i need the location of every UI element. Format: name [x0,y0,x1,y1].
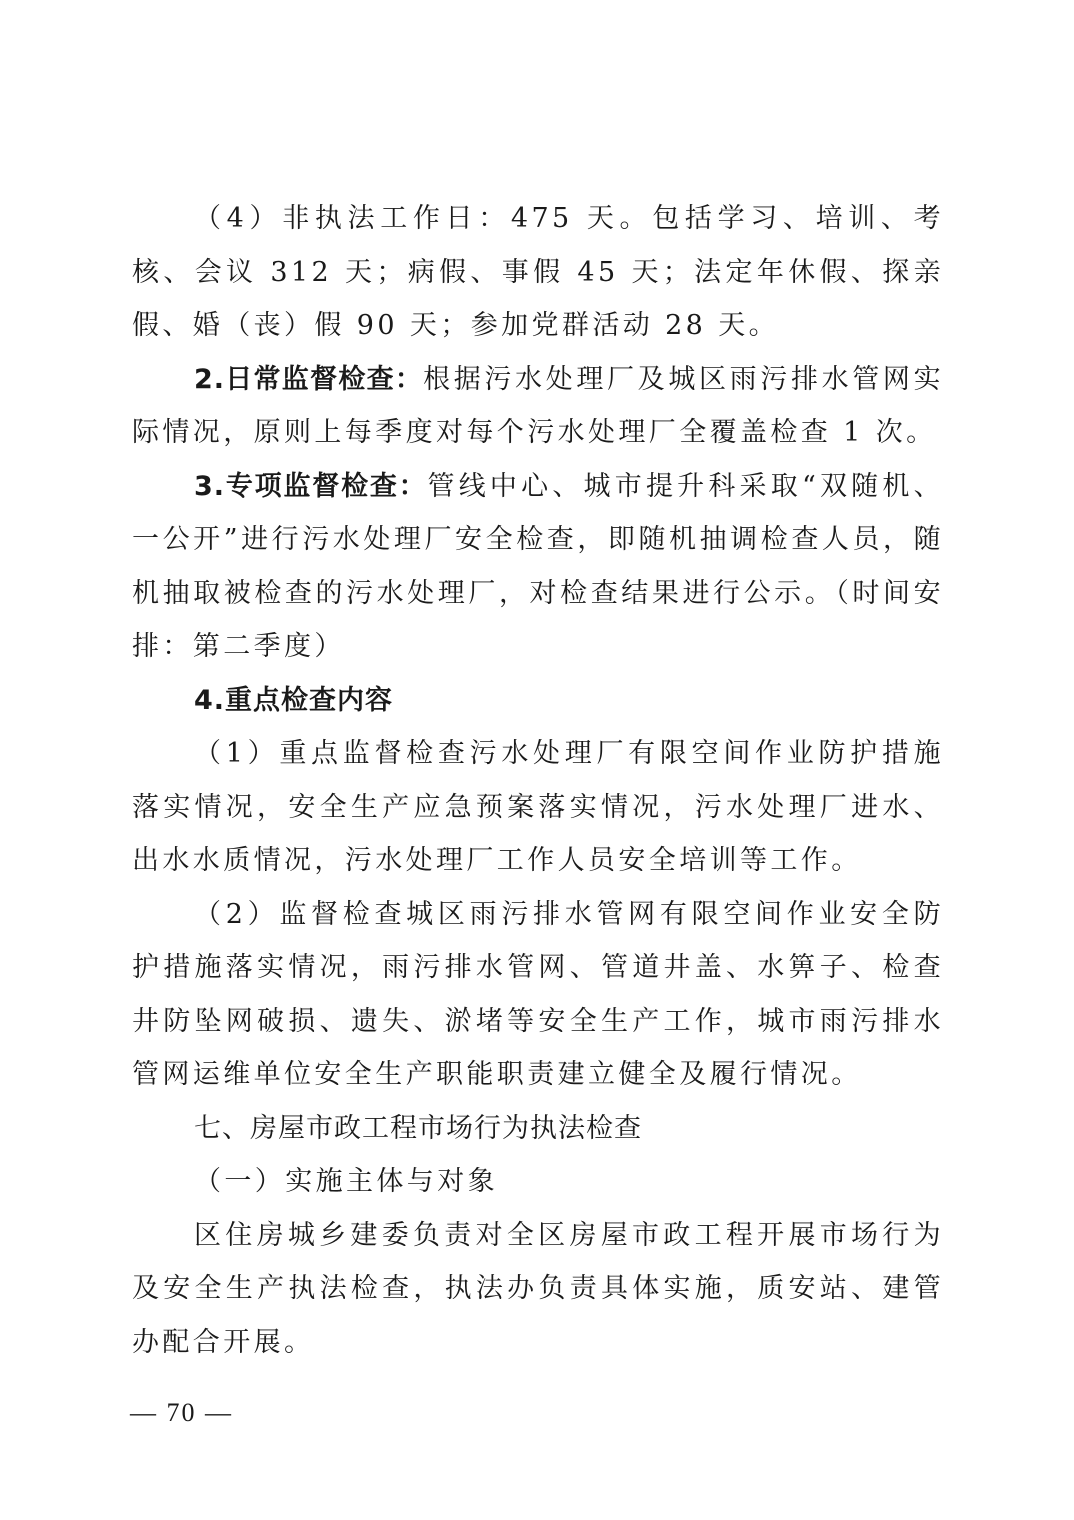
paragraph-text: （4）非执法工作日：475 天。包括学习、培训、考核、会议 312 天；病假、事… [132,203,944,341]
chapter-heading: 七、房屋市政工程市场行为执法检查 [194,1113,642,1144]
heading-key-inspection-content: 4.重点检查内容 [132,674,944,728]
document-page: （4）非执法工作日：475 天。包括学习、培训、考核、会议 312 天；病假、事… [132,192,944,1369]
paragraph-text: （1）重点监督检查污水处理厂有限空间作业防护措施落实情况，安全生产应急预案落实情… [132,738,944,876]
paragraph-non-enforcement-days: （4）非执法工作日：475 天。包括学习、培训、考核、会议 312 天；病假、事… [132,192,944,353]
paragraph-special-supervision: 3.专项监督检查：管线中心、城市提升科采取“双随机、一公开”进行污水处理厂安全检… [132,460,944,674]
subheading-subject-and-object: （一）实施主体与对象 [132,1155,944,1209]
chapter-heading-market-behavior: 七、房屋市政工程市场行为执法检查 [132,1102,944,1156]
section-lead-special-supervision: 3.专项监督检查： [194,471,428,502]
paragraph-daily-supervision: 2.日常监督检查：根据污水处理厂及城区雨污排水管网实际情况，原则上每季度对每个污… [132,353,944,460]
subheading: （一）实施主体与对象 [194,1166,498,1197]
paragraph-item-1: （1）重点监督检查污水处理厂有限空间作业防护措施落实情况，安全生产应急预案落实情… [132,727,944,888]
paragraph-responsibility: 区住房城乡建委负责对全区房屋市政工程开展市场行为及安全生产执法检查，执法办负责具… [132,1209,944,1370]
section-heading: 4.重点检查内容 [194,685,393,716]
paragraph-text: （2）监督检查城区雨污排水管网有限空间作业安全防护措施落实情况，雨污排水管网、管… [132,899,944,1091]
section-lead-daily-supervision: 2.日常监督检查： [194,364,423,395]
paragraph-text: 区住房城乡建委负责对全区房屋市政工程开展市场行为及安全生产执法检查，执法办负责具… [132,1220,944,1358]
page-number: — 70 — [130,1398,233,1428]
paragraph-item-2: （2）监督检查城区雨污排水管网有限空间作业安全防护措施落实情况，雨污排水管网、管… [132,888,944,1102]
